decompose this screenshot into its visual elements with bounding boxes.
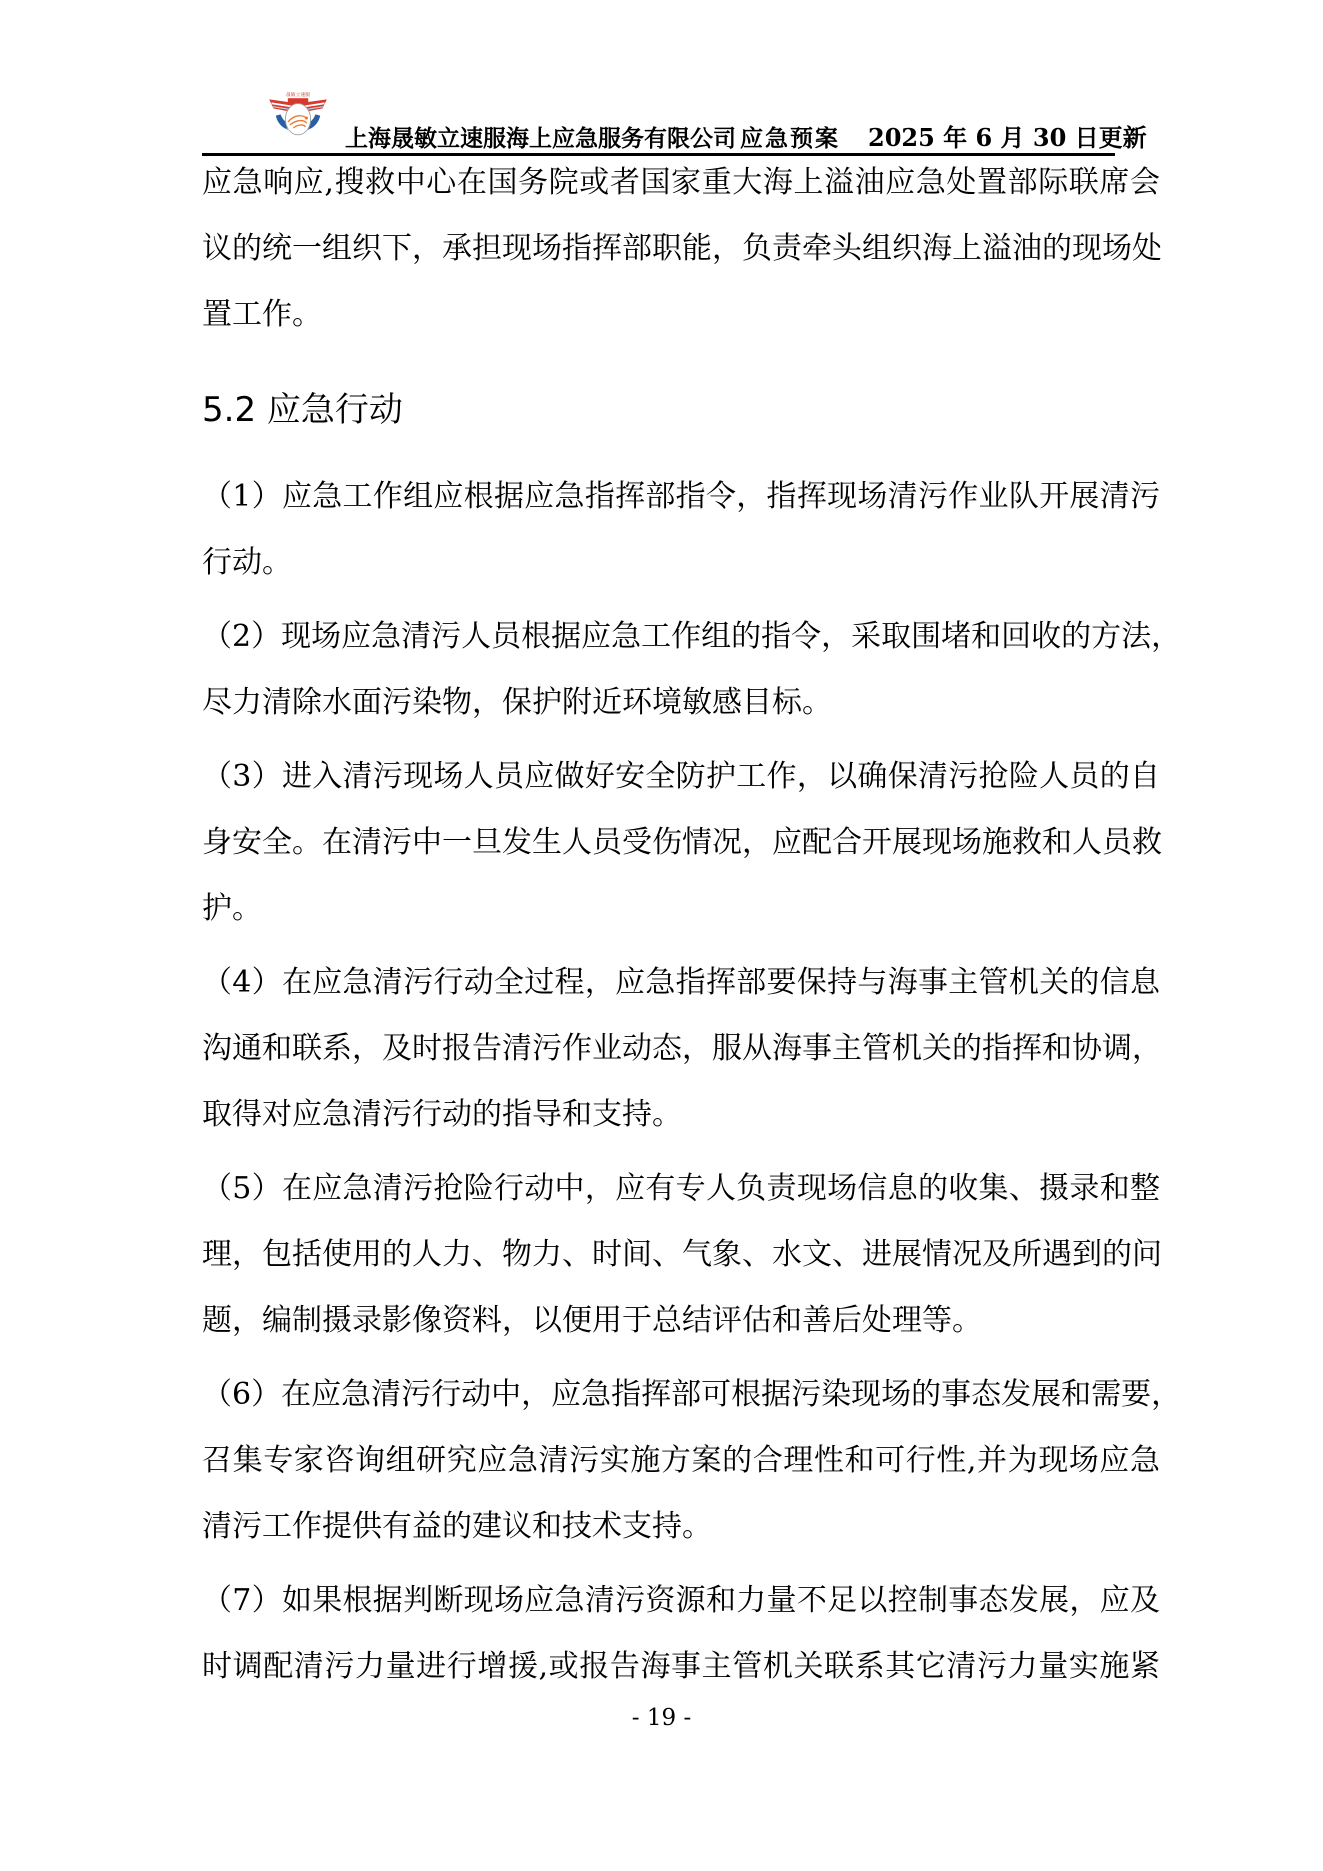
- update-date: 2025 年 6 月 30 日更新: [868, 118, 1147, 153]
- body-line: （7）如果根据判断现场应急清污资源和力量不足以控制事态发展，应及: [202, 1568, 1160, 1634]
- company-name: 上海晟敏立速服海上应急服务有限公司: [345, 120, 736, 153]
- body-line: 应急响应,搜救中心在国务院或者国家重大海上溢油应急处置部际联席会: [202, 150, 1160, 216]
- body-line: （4）在应急清污行动全过程，应急指挥部要保持与海事主管机关的信息: [202, 950, 1160, 1016]
- company-logo-icon: 晟敏立速服 SHANGHAI SHENGMIN LISUFU: [268, 88, 328, 148]
- logo-ribbon-text: SHANGHAI SHENGMIN LISUFU: [279, 129, 316, 132]
- section-heading: 5.2 应急行动: [202, 383, 1160, 437]
- paragraph-7: （7）如果根据判断现场应急清污资源和力量不足以控制事态发展，应及 时调配清污力量…: [202, 1568, 1160, 1700]
- paragraph-5: （5）在应急清污抢险行动中，应有专人负责现场信息的收集、摄录和整 理，包括使用的…: [202, 1156, 1160, 1354]
- body-line: 取得对应急清污行动的指导和支持。: [202, 1082, 1160, 1148]
- body-line: 护。: [202, 876, 1160, 942]
- doc-type-label: 应急预案: [740, 120, 840, 153]
- body-line: 题，编制摄录影像资料，以便用于总结评估和善后处理等。: [202, 1288, 1160, 1354]
- body-line: 身安全。在清污中一旦发生人员受伤情况，应配合开展现场施救和人员救: [202, 810, 1160, 876]
- paragraph-1: （1）应急工作组应根据应急指挥部指令，指挥现场清污作业队开展清污 行动。: [202, 464, 1160, 596]
- svg-text:晟敏立速服: 晟敏立速服: [286, 91, 310, 98]
- body-line: 议的统一组织下，承担现场指挥部职能，负责牵头组织海上溢油的现场处: [202, 216, 1160, 282]
- document-page: 晟敏立速服 SHANGHAI SHENGMIN LISUFU 上: [0, 0, 1323, 1871]
- body-line: （5）在应急清污抢险行动中，应有专人负责现场信息的收集、摄录和整: [202, 1156, 1160, 1222]
- paragraph-4: （4）在应急清污行动全过程，应急指挥部要保持与海事主管机关的信息 沟通和联系，及…: [202, 950, 1160, 1148]
- paragraph-3: （3）进入清污现场人员应做好安全防护工作，以确保清污抢险人员的自 身安全。在清污…: [202, 744, 1160, 942]
- body-line: 理，包括使用的人力、物力、时间、气象、水文、进展情况及所遇到的问: [202, 1222, 1160, 1288]
- body-line: 沟通和联系，及时报告清污作业动态，服从海事主管机关的指挥和协调，: [202, 1016, 1160, 1082]
- paragraph-6: （6）在应急清污行动中，应急指挥部可根据污染现场的事态发展和需要， 召集专家咨询…: [202, 1362, 1160, 1560]
- body-line: （6）在应急清污行动中，应急指挥部可根据污染现场的事态发展和需要，: [202, 1362, 1160, 1428]
- body-line: 召集专家咨询组研究应急清污实施方案的合理性和可行性,并为现场应急: [202, 1428, 1160, 1494]
- body-line: 置工作。: [202, 282, 1160, 348]
- body-line: 清污工作提供有益的建议和技术支持。: [202, 1494, 1160, 1560]
- body-line: （3）进入清污现场人员应做好安全防护工作，以确保清污抢险人员的自: [202, 744, 1160, 810]
- body-line: （1）应急工作组应根据应急指挥部指令，指挥现场清污作业队开展清污: [202, 464, 1160, 530]
- body-line: 时调配清污力量进行增援,或报告海事主管机关联系其它清污力量实施紧: [202, 1634, 1160, 1700]
- paragraph-continuation: 应急响应,搜救中心在国务院或者国家重大海上溢油应急处置部际联席会 议的统一组织下…: [202, 150, 1160, 348]
- body-line: 行动。: [202, 530, 1160, 596]
- body-line: 尽力清除水面污染物，保护附近环境敏感目标。: [202, 670, 1160, 736]
- page-number: - 19 -: [632, 1705, 691, 1731]
- page-footer: - 19 -: [0, 1705, 1323, 1731]
- document-body: 应急响应,搜救中心在国务院或者国家重大海上溢油应急处置部际联席会 议的统一组织下…: [202, 150, 1160, 1708]
- body-line: （2）现场应急清污人员根据应急工作组的指令，采取围堵和回收的方法，: [202, 604, 1160, 670]
- paragraph-2: （2）现场应急清污人员根据应急工作组的指令，采取围堵和回收的方法， 尽力清除水面…: [202, 604, 1160, 736]
